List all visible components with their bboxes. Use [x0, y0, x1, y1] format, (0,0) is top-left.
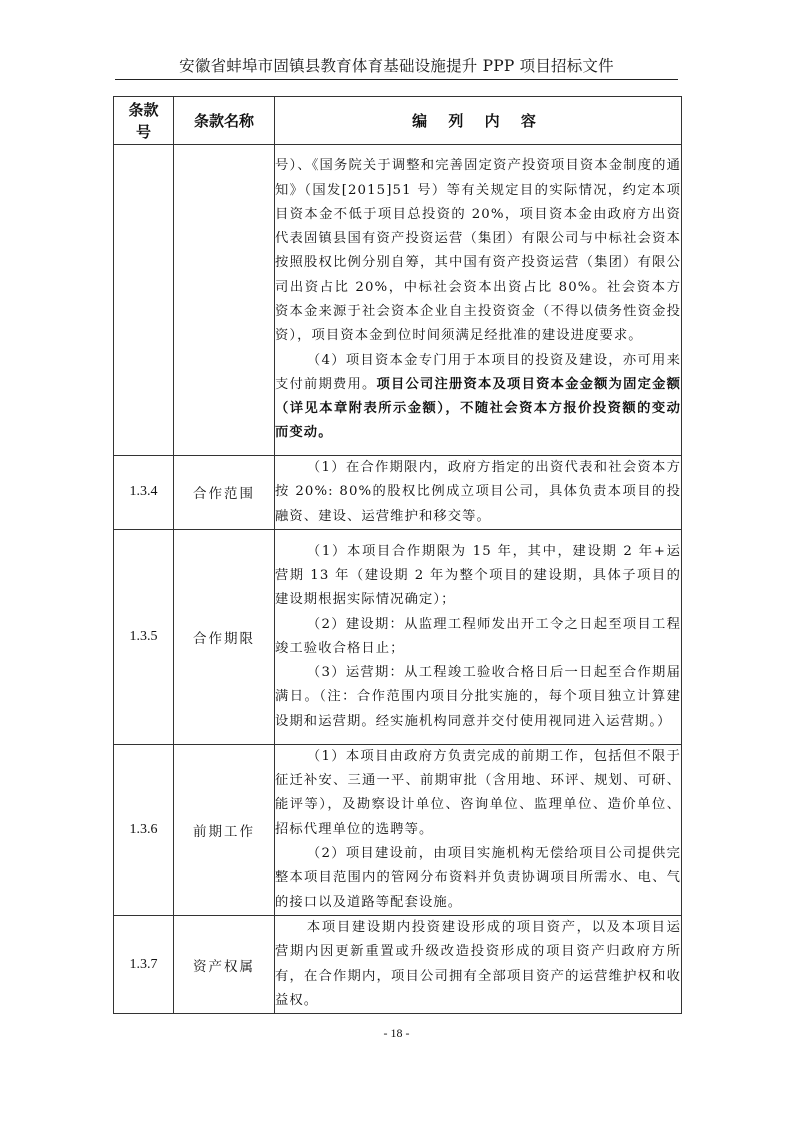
clause-name: 合作期限: [174, 529, 275, 744]
clause-name: 资产权属: [174, 915, 275, 1013]
clause-content: （1）本项目由政府方负责完成的前期工作，包括但不限于征迁补安、三通一平、前期审批…: [275, 744, 682, 915]
table-header-row: 条款 号 条款名称 编 列 内 容: [114, 97, 682, 145]
content-paragraph: （1）本项目合作期限为 15 年，其中，建设期 2 年+运营期 13 年（建设期…: [275, 540, 681, 613]
content-paragraph: 本项目建设期内投资建设形成的项目资产，以及本项目运营期内因更新重置或升级改造投资…: [275, 916, 681, 1013]
content-paragraph: （2）项目建设前，由项目实施机构无偿给项目公司提供完整本项目范围内的管网分布资料…: [275, 842, 681, 915]
clause-number: 1.3.6: [114, 744, 174, 915]
content-paragraph: （1）本项目由政府方负责完成的前期工作，包括但不限于征迁补安、三通一平、前期审批…: [275, 745, 681, 842]
content-paragraph: （4）项目资本金专门用于本项目的投资及建设，亦可用来支付前期费用。项目公司注册资…: [275, 349, 681, 446]
header-divider: [115, 79, 678, 80]
table-row: 1.3.6 前期工作 （1）本项目由政府方负责完成的前期工作，包括但不限于征迁补…: [114, 744, 682, 915]
clause-number: 1.3.7: [114, 915, 174, 1013]
clause-content: 本项目建设期内投资建设形成的项目资产，以及本项目运营期内因更新重置或升级改造投资…: [275, 915, 682, 1013]
page-number: - 18 -: [0, 1026, 793, 1041]
document-header-title: 安徽省蚌埠市固镇县教育体育基础设施提升 PPP 项目招标文件: [115, 54, 678, 76]
table-row: 1.3.5 合作期限 （1）本项目合作期限为 15 年，其中，建设期 2 年+运…: [114, 529, 682, 744]
column-header-clause-name: 条款名称: [174, 97, 275, 145]
table-row: 1.3.4 合作范围 （1）在合作期限内，政府方指定的出资代表和社会资本方按 2…: [114, 456, 682, 530]
content-paragraph: （3）运营期：从工程竣工验收合格日后一日起至合作期届满日。（注：合作范围内项目分…: [275, 661, 681, 734]
clause-name: 前期工作: [174, 744, 275, 915]
clause-content: （1）在合作期限内，政府方指定的出资代表和社会资本方按 20%: 80%的股权比…: [275, 456, 682, 530]
table-row: 1.3.7 资产权属 本项目建设期内投资建设形成的项目资产，以及本项目运营期内因…: [114, 915, 682, 1013]
content-paragraph: （1）在合作期限内，政府方指定的出资代表和社会资本方按 20%: 80%的股权比…: [275, 456, 681, 529]
clauses-table: 条款 号 条款名称 编 列 内 容 号）、《国务院关于调整和完善固定资产投资项目…: [113, 96, 682, 1014]
clause-number: 1.3.5: [114, 529, 174, 744]
clause-content: （1）本项目合作期限为 15 年，其中，建设期 2 年+运营期 13 年（建设期…: [275, 529, 682, 744]
column-header-clause-no: 条款 号: [114, 97, 174, 145]
content-paragraph: 号）、《国务院关于调整和完善固定资产投资项目资本金制度的通知》（国发[2015]…: [275, 154, 681, 348]
clause-number: [114, 145, 174, 456]
clause-content: 号）、《国务院关于调整和完善固定资产投资项目资本金制度的通知》（国发[2015]…: [275, 145, 682, 456]
clause-name: 合作范围: [174, 456, 275, 530]
table-row: 号）、《国务院关于调整和完善固定资产投资项目资本金制度的通知》（国发[2015]…: [114, 145, 682, 456]
content-paragraph: （2）建设期：从监理工程师发出开工令之日起至项目工程竣工验收合格日止；: [275, 613, 681, 662]
column-header-content: 编 列 内 容: [275, 97, 682, 145]
clause-name: [174, 145, 275, 456]
clause-number: 1.3.4: [114, 456, 174, 530]
